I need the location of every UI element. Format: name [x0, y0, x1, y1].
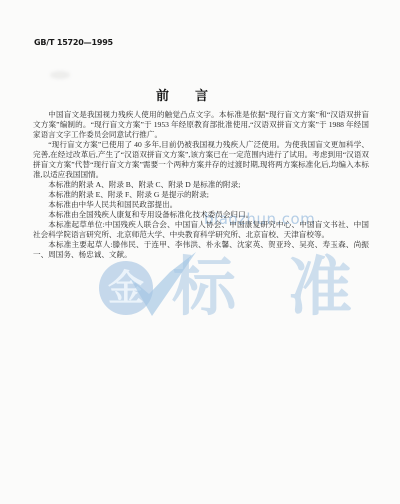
foreword-paragraph: 本标准的附录 E、附录 F、附录 G 是提示的附录; — [33, 190, 369, 200]
document-page: biaozhun.com 标 准 金 GB/T 15720—1995 前言 中国… — [0, 0, 400, 504]
foreword-paragraph: 本标准起草单位:中国残疾人联合会、中国盲人协会、中国康复研究中心、中国盲文书社、… — [33, 220, 369, 240]
foreword-paragraph: 本标准主要起草人:滕伟民、于连甲、李伟洪、朴永馨、沈家英、贺亚玲、吴亮、寿玉森、… — [33, 240, 369, 260]
foreword-paragraph: 本标准由全国残疾人康复和专用设备标准化技术委员会归口。 — [33, 210, 369, 220]
foreword-paragraph: “现行盲文方案”已使用了 40 多年,目前仍被我国视力残疾人广泛使用。为使我国盲… — [33, 140, 369, 180]
foreword-paragraph: 本标准的附录 A、附录 B、附录 C、附录 D 是标准的附录; — [33, 180, 369, 190]
watermark-seal-icon: 金 — [96, 252, 198, 320]
foreword-paragraph: 本标准由中华人民共和国民政部提出。 — [33, 200, 369, 210]
foreword-body: 中国盲文是我国视力残疾人使用的触觉凸点文字。本标准是依据“现行盲文方案”和“汉语… — [33, 110, 369, 260]
foreword-paragraph: 中国盲文是我国视力残疾人使用的触觉凸点文字。本标准是依据“现行盲文方案”和“汉语… — [33, 110, 369, 140]
